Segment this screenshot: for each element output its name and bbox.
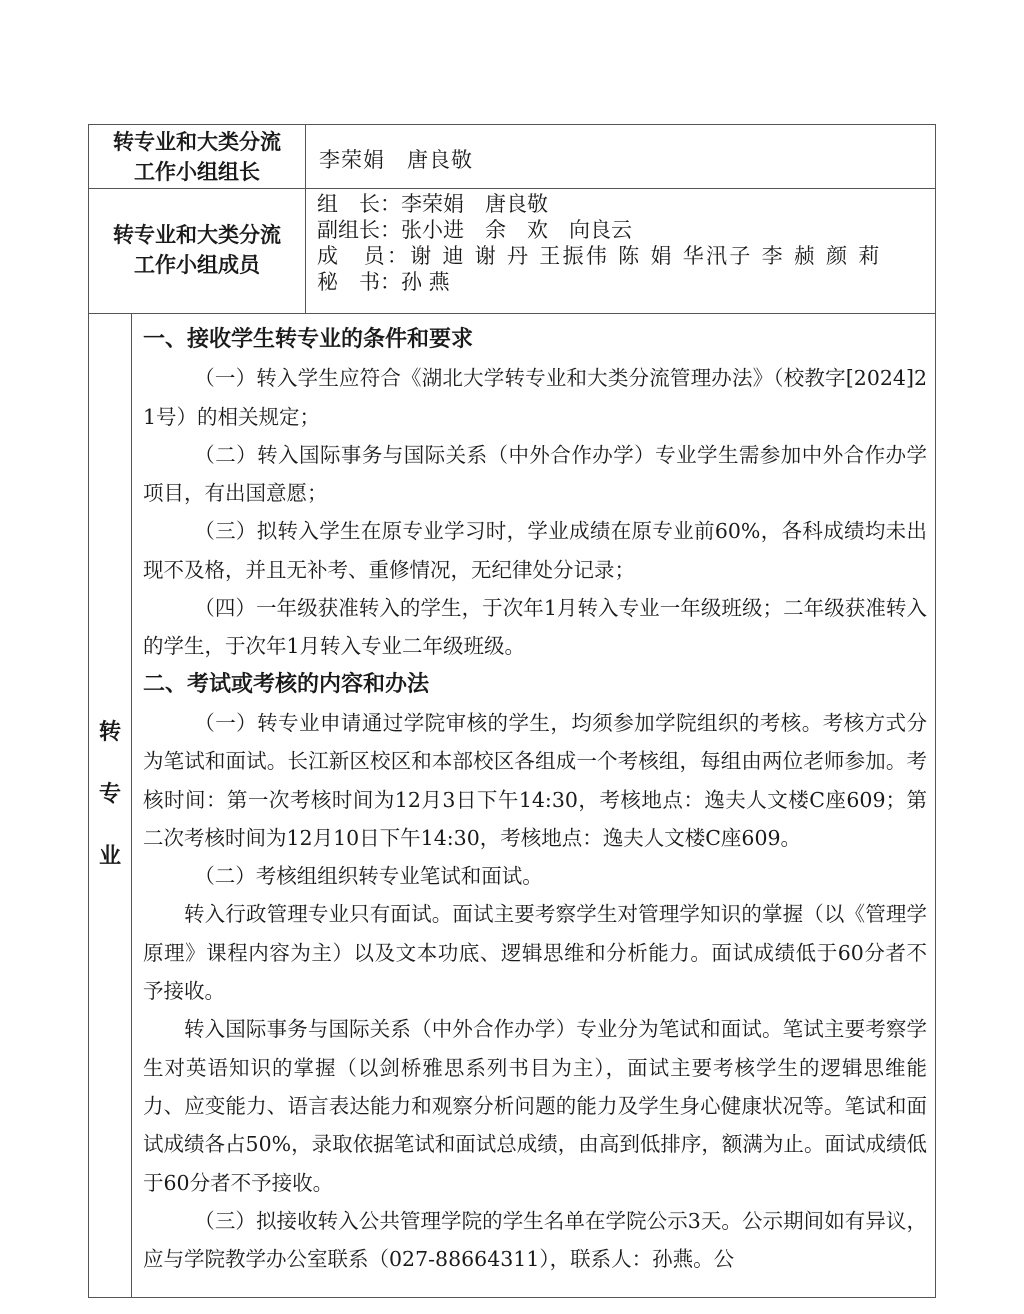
transfer-major-table: 转专业和大类分流 工作小组组长 李荣娟 唐良敬 转专业和大类分流 工作小组成员 … [88, 124, 936, 1298]
paragraph: （三）拟转入学生在原专业学习时，学业成绩在原专业前60%，各科成绩均未出现不及格… [143, 512, 927, 589]
side-label-char: 转 [89, 715, 131, 746]
column-divider [131, 313, 132, 1297]
side-label-char: 业 [89, 839, 131, 870]
section-heading: 二、考试或考核的内容和办法 [143, 666, 927, 704]
members-deputy: 副组长：张小进 余 欢 向良云 [317, 217, 927, 243]
members-secretary: 秘 书：孙 燕 [317, 269, 927, 295]
side-label-char: 专 [89, 777, 131, 808]
members-label: 转专业和大类分流 工作小组成员 [89, 220, 305, 280]
paragraph: （四）一年级获准转入的学生，于次年1月转入专业一年级班级；二年级获准转入的学生，… [143, 589, 927, 666]
paragraph: （二）考核组组织转专业笔试和面试。 [143, 857, 927, 895]
row-divider [89, 188, 935, 189]
section-heading: 一、接收学生转专业的条件和要求 [143, 321, 927, 359]
paragraph: （三）拟接收转入公共管理学院的学生名单在学院公示3天。公示期间如有异议，应与学院… [143, 1202, 927, 1279]
paragraph: （二）转入国际事务与国际关系（中外合作办学）专业学生需参加中外合作办学项目，有出… [143, 436, 927, 513]
column-divider [305, 125, 306, 313]
members-leader: 组 长：李荣娟 唐良敬 [317, 191, 927, 217]
members-label-line1: 转专业和大类分流 [89, 220, 305, 250]
leader-label: 转专业和大类分流 工作小组组长 [89, 127, 305, 187]
row-divider [89, 313, 935, 314]
members-staff: 成 员：谢 迪 谢 丹 王振伟 陈 娟 华汛子 李 赪 颜 莉 [317, 243, 927, 269]
paragraph: （一）转入学生应符合《湖北大学转专业和大类分流管理办法》（校教字[2024]21… [143, 359, 927, 436]
leader-label-line1: 转专业和大类分流 [89, 127, 305, 157]
leader-label-line2: 工作小组组长 [89, 157, 305, 187]
paragraph: （一）转专业申请通过学院审核的学生，均须参加学院组织的考核。考核方式分为笔试和面… [143, 704, 927, 857]
paragraph: 转入行政管理专业只有面试。面试主要考察学生对管理学知识的掌握（以《管理学原理》课… [143, 895, 927, 1010]
members-list: 组 长：李荣娟 唐良敬 副组长：张小进 余 欢 向良云 成 员：谢 迪 谢 丹 … [317, 191, 927, 295]
paragraph: 转入国际事务与国际关系（中外合作办学）专业分为笔试和面试。笔试主要考察学生对英语… [143, 1010, 927, 1201]
members-label-line2: 工作小组成员 [89, 250, 305, 280]
transfer-major-content: 一、接收学生转专业的条件和要求 （一）转入学生应符合《湖北大学转专业和大类分流管… [143, 321, 927, 1278]
leader-names: 李荣娟 唐良敬 [319, 144, 473, 174]
